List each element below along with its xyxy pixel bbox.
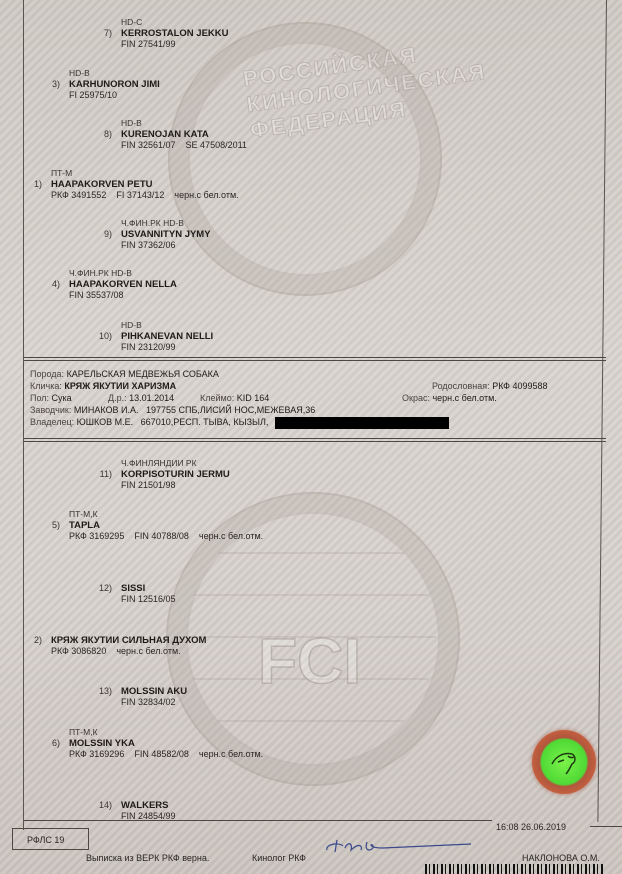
ancestor-entry: Ч.ФИНЛЯНДИИ РК11)KORPISOTURIN JERMUFIN 2…: [92, 458, 230, 491]
ancestor-registrations: FIN 32834/02: [92, 697, 187, 708]
ancestor-number: 3): [40, 79, 60, 90]
ancestor-number: 9): [92, 229, 112, 240]
brand-line: Клеймо: KID 164: [200, 392, 269, 404]
ancestor-number: 13): [92, 686, 112, 697]
color-value: черн.с бел.отм.: [432, 393, 496, 403]
registration-number: FIN 23120/99: [121, 342, 176, 352]
breed-label: Порода:: [30, 369, 64, 379]
ancestor-name: КРЯЖ ЯКУТИИ СИЛЬНАЯ ДУХОМ: [51, 635, 206, 646]
pedigree-number-line: Родословная: РКФ 4099588: [432, 380, 548, 392]
divider-bottom-2: [24, 441, 606, 442]
breed-line: Порода: КАРЕЛЬСКАЯ МЕДВЕЖЬЯ СОБАКА: [30, 368, 219, 380]
rfls-box: РФЛС 19: [12, 828, 89, 850]
frame-right-border: [597, 0, 607, 822]
cynologist-label: Кинолог РКФ: [252, 853, 306, 863]
registration-number: черн.с бел.отм.: [116, 646, 180, 656]
registration-number: FIN 32561/07: [121, 140, 176, 150]
ancestor-name-row: 9)USVANNITYN JYMY: [92, 229, 211, 240]
ancestor-name-row: 11)KORPISOTURIN JERMU: [92, 469, 230, 480]
pedigree-number-value: РКФ 4099588: [492, 381, 547, 391]
divider-top-2: [24, 360, 606, 361]
breeder-value: МИНАКОВ И.А.: [74, 405, 139, 415]
ancestor-registrations: FIN 12516/05: [92, 594, 186, 605]
ancestor-entry: 2)КРЯЖ ЯКУТИИ СИЛЬНАЯ ДУХОМРКФ 3086820че…: [22, 624, 206, 657]
ancestor-registrations: FIN 37362/06: [92, 240, 211, 251]
ancestor-titles: HD-B: [40, 68, 160, 79]
dog-name-label: Кличка:: [30, 381, 62, 391]
owner-label: Владелец:: [30, 417, 74, 427]
ancestor-entry: 14)WALKERSFIN 24854/99: [92, 789, 186, 822]
color-line: Окрас: черн.с бел.отм.: [402, 392, 497, 404]
redacted-address-block: [275, 417, 449, 429]
brand-label: Клеймо:: [200, 393, 234, 403]
registration-number: РКФ 3491552: [51, 190, 106, 200]
registration-number: черн.с бел.отм.: [199, 749, 263, 759]
ancestor-name: HAAPAKORVEN PETU: [51, 179, 153, 190]
owner-value: ЮШКОВ М.Е.: [77, 417, 134, 427]
registration-number: РКФ 3169296: [69, 749, 124, 759]
ancestor-registrations: FIN 21501/98: [92, 480, 230, 491]
ancestor-name: MOLSSIN YKA: [69, 738, 135, 749]
ancestor-registrations: FIN 27541/99: [92, 39, 229, 50]
divider-top-1: [24, 357, 606, 358]
pedigree-number-label: Родословная:: [432, 381, 490, 391]
ancestor-number: 7): [92, 28, 112, 39]
ancestor-titles: Ч.ФИН.РК HD-B: [92, 218, 211, 229]
cynologist-name: НАКЛОНОВА О.М.: [522, 853, 600, 863]
ancestor-number: 1): [22, 179, 42, 190]
ancestor-number: 12): [92, 583, 112, 594]
ancestor-name-row: 3)KARHUNORON JIMI: [40, 79, 160, 90]
dog-name-value: КРЯЖ ЯКУТИИ ХАРИЗМА: [64, 381, 176, 391]
registration-number: FIN 21501/98: [121, 480, 176, 490]
ancestor-name-row: 10)PIHKANEVAN NELLI: [92, 331, 213, 342]
ancestor-entry: 13)MOLSSIN AKUFIN 32834/02: [92, 675, 187, 708]
ancestor-registrations: FI 25975/10: [40, 90, 160, 101]
brand-value: KID 164: [237, 393, 270, 403]
registration-number: SE 47508/2011: [186, 140, 247, 150]
ancestor-name: PIHKANEVAN NELLI: [121, 331, 213, 342]
ancestor-entry: ПТ-М,К6)MOLSSIN YKAРКФ 3169296FIN 48582/…: [40, 727, 273, 760]
sex-value: Сука: [52, 393, 72, 403]
registration-number: FIN 35537/08: [69, 290, 124, 300]
ancestor-titles: [92, 675, 187, 686]
registration-number: черн.с бел.отм.: [174, 190, 238, 200]
ancestor-titles: ПТ-М,К: [40, 509, 273, 520]
ancestor-number: 4): [40, 279, 60, 290]
footer-divider-right: [590, 826, 622, 827]
ancestor-number: 11): [92, 469, 112, 480]
ancestor-titles: Ч.ФИНЛЯНДИИ РК: [92, 458, 230, 469]
ancestor-titles: HD-C: [92, 17, 229, 28]
ancestor-name: KURENOJAN KATA: [121, 129, 209, 140]
ancestor-entry: HD-B3)KARHUNORON JIMIFI 25975/10: [40, 68, 160, 101]
print-timestamp: 16:08 26.06.2019: [496, 822, 566, 832]
ancestor-titles: HD-B: [92, 118, 257, 129]
registration-number: FIN 48582/08: [134, 749, 189, 759]
sex-line: Пол: Сука: [30, 392, 72, 404]
ancestor-entry: Ч.ФИН.РК HD-B4)HAAPAKORVEN NELLAFIN 3553…: [40, 268, 177, 301]
ancestor-entry: HD-C7)KERROSTALON JEKKUFIN 27541/99: [92, 17, 229, 50]
ancestor-number: 8): [92, 129, 112, 140]
ancestor-registrations: РКФ 3086820черн.с бел.отм.: [22, 646, 206, 657]
ancestor-name: MOLSSIN AKU: [121, 686, 187, 697]
ancestor-titles: ПТ-М: [22, 168, 249, 179]
ancestor-name: TAPLA: [69, 520, 100, 531]
ancestor-number: 5): [40, 520, 60, 531]
breeder-label: Заводчик:: [30, 405, 71, 415]
ancestor-titles: Ч.ФИН.РК HD-B: [40, 268, 177, 279]
ancestor-entry: Ч.ФИН.РК HD-B9)USVANNITYN JYMYFIN 37362/…: [92, 218, 211, 251]
registration-number: РКФ 3086820: [51, 646, 106, 656]
registration-number: FI 37143/12: [116, 190, 164, 200]
color-label: Окрас:: [402, 393, 430, 403]
hologram-sticker: [532, 730, 596, 794]
dog-name-line: Кличка: КРЯЖ ЯКУТИИ ХАРИЗМА: [30, 380, 176, 392]
ancestor-name: USVANNITYN JYMY: [121, 229, 211, 240]
ancestor-name-row: 4)HAAPAKORVEN NELLA: [40, 279, 177, 290]
ancestor-registrations: РКФ 3169295FIN 40788/08черн.с бел.отм.: [40, 531, 273, 542]
ancestor-number: 2): [22, 635, 42, 646]
ancestor-name-row: 8)KURENOJAN KATA: [92, 129, 257, 140]
ancestor-titles: ПТ-М,К: [40, 727, 273, 738]
ancestor-entry: HD-B8)KURENOJAN KATAFIN 32561/07SE 47508…: [92, 118, 257, 151]
ancestor-titles: [22, 624, 206, 635]
dob-label: Д.р.:: [108, 393, 127, 403]
registration-number: FIN 37362/06: [121, 240, 176, 250]
ancestor-entry: HD-B10)PIHKANEVAN NELLIFIN 23120/99: [92, 320, 213, 353]
owner-line: Владелец: ЮШКОВ М.Е. 667010,РЕСП. ТЫВА, …: [30, 416, 449, 429]
owner-address: 667010,РЕСП. ТЫВА, КЫЗЫЛ,: [141, 417, 269, 427]
registration-number: черн.с бел.отм.: [199, 531, 263, 541]
ancestor-registrations: FIN 32561/07SE 47508/2011: [92, 140, 257, 151]
ancestor-number: 6): [40, 738, 60, 749]
signature-icon: [323, 836, 473, 856]
ancestor-name-row: 6)MOLSSIN YKA: [40, 738, 273, 749]
ancestor-registrations: РКФ 3491552FI 37143/12черн.с бел.отм.: [22, 190, 249, 201]
registration-number: FIN 32834/02: [121, 697, 176, 707]
registration-number: FIN 40788/08: [134, 531, 189, 541]
ancestor-registrations: FIN 35537/08: [40, 290, 177, 301]
ancestor-entry: 12)SISSIFIN 12516/05: [92, 572, 186, 605]
ancestor-name-row: 7)KERROSTALON JEKKU: [92, 28, 229, 39]
ancestor-name: HAAPAKORVEN NELLA: [69, 279, 177, 290]
breed-value: КАРЕЛЬСКАЯ МЕДВЕЖЬЯ СОБАКА: [67, 369, 219, 379]
ancestor-name-row: 12)SISSI: [92, 583, 186, 594]
ancestor-number: 14): [92, 800, 112, 811]
ancestor-titles: [92, 572, 186, 583]
ancestor-entry: ПТ-М,К5)TAPLAРКФ 3169295FIN 40788/08черн…: [40, 509, 273, 542]
sex-label: Пол:: [30, 393, 49, 403]
registration-number: FIN 27541/99: [121, 39, 176, 49]
ancestor-name-row: 1)HAAPAKORVEN PETU: [22, 179, 249, 190]
ancestor-name-row: 2)КРЯЖ ЯКУТИИ СИЛЬНАЯ ДУХОМ: [22, 635, 206, 646]
ancestor-name: KARHUNORON JIMI: [69, 79, 160, 90]
ancestor-name: KERROSTALON JEKKU: [121, 28, 229, 39]
ancestor-name-row: 13)MOLSSIN AKU: [92, 686, 187, 697]
fci-logo-watermark: FCI: [258, 624, 361, 698]
ancestor-number: 10): [92, 331, 112, 342]
breeder-line: Заводчик: МИНАКОВ И.А. 197755 СПБ,ЛИСИЙ …: [30, 404, 315, 416]
ancestor-titles: [92, 789, 186, 800]
ancestor-name-row: 14)WALKERS: [92, 800, 186, 811]
registration-number: FIN 12516/05: [121, 594, 176, 604]
footer-divider-left: [24, 820, 492, 821]
registration-number: FI 25975/10: [69, 90, 117, 100]
dog-head-icon: [548, 746, 580, 778]
ancestor-registrations: FIN 23120/99: [92, 342, 213, 353]
barcode: [425, 864, 605, 874]
pedigree-document: РОССИЙСКАЯ КИНОЛОГИЧЕСКАЯ ФЕДЕРАЦИЯ FCI …: [0, 0, 622, 874]
ancestor-name: WALKERS: [121, 800, 169, 811]
frame-left-border: [23, 0, 24, 830]
divider-bottom-1: [24, 438, 606, 439]
ancestor-entry: ПТ-М1)HAAPAKORVEN PETUРКФ 3491552FI 3714…: [22, 168, 249, 201]
certification-text: Выписка из ВЕРК РКФ верна.: [86, 853, 209, 863]
dob-value: 13.01.2014: [129, 393, 174, 403]
registration-number: РКФ 3169295: [69, 531, 124, 541]
ancestor-titles: HD-B: [92, 320, 213, 331]
ancestor-name: SISSI: [121, 583, 145, 594]
ancestor-name-row: 5)TAPLA: [40, 520, 273, 531]
ancestor-registrations: РКФ 3169296FIN 48582/08черн.с бел.отм.: [40, 749, 273, 760]
breeder-address: 197755 СПБ,ЛИСИЙ НОС,МЕЖЕВАЯ,36: [146, 405, 315, 415]
ancestor-name: KORPISOTURIN JERMU: [121, 469, 230, 480]
dob-line: Д.р.: 13.01.2014: [108, 392, 174, 404]
